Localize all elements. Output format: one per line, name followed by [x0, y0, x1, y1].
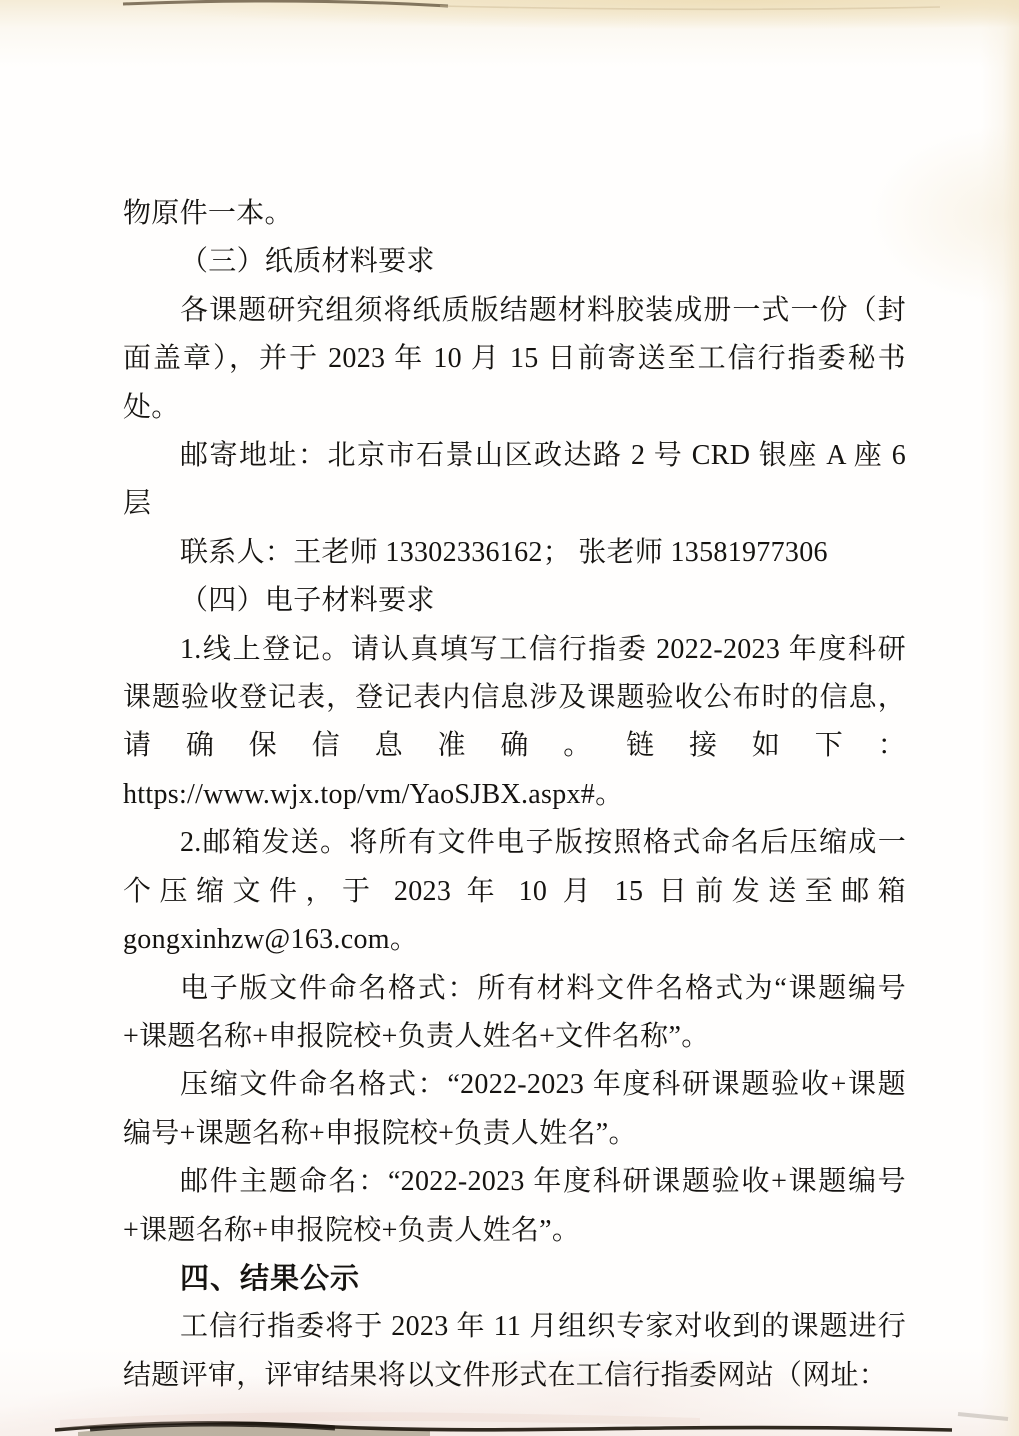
bottom-paper-edge-line — [55, 1423, 952, 1430]
bottom-pink-smear — [60, 1412, 700, 1428]
paragraph-paper-submission: 各课题研究组须将纸质版结题材料胶装成册一式一份（封面盖章），并于 2023 年 … — [123, 287, 906, 432]
line-mailing-address: 邮寄地址：北京市石景山区政达路 2 号 CRD 银座 A 座 6 层 — [123, 432, 906, 529]
paragraph-online-registration: 1.线上登记。请认真填写工信行指委 2022-2023 年度科研课题验收登记表，… — [123, 626, 906, 820]
bottom-right-smudge — [958, 1414, 1008, 1419]
paragraph-email-subject-naming: 邮件主题命名：“2022-2023 年度科研课题验收+课题编号+课题名称+申报院… — [123, 1158, 906, 1255]
section-heading-4-electronic-materials: （四）电子材料要求 — [123, 577, 906, 625]
top-paper-edge-faint — [440, 6, 940, 9]
line-contacts: 联系人：王老师 13302336162； 张老师 13581977306 — [123, 529, 906, 577]
paragraph-continuation: 物原件一本。 — [123, 190, 906, 238]
paragraph-file-naming-format: 电子版文件命名格式：所有材料文件名格式为“课题编号+课题名称+申报院校+负责人姓… — [123, 965, 906, 1062]
document-body: 物原件一本。 （三）纸质材料要求 各课题研究组须将纸质版结题材料胶装成册一式一份… — [123, 190, 906, 1400]
bottom-paper-edge-thick-left — [90, 1424, 335, 1429]
scanned-document-page: 物原件一本。 （三）纸质材料要求 各课题研究组须将纸质版结题材料胶装成册一式一份… — [0, 0, 1019, 1436]
section-heading-results-announcement: 四、结果公示 — [123, 1255, 906, 1303]
paragraph-zip-naming-format: 压缩文件命名格式：“2022-2023 年度科研课题验收+课题编号+课题名称+申… — [123, 1061, 906, 1158]
paragraph-email-submission: 2.邮箱发送。将所有文件电子版按照格式命名后压缩成一个压缩文件，于 2023 年… — [123, 819, 906, 964]
paragraph-results-review: 工信行指委将于 2023 年 11 月组织专家对收到的课题进行结题评审，评审结果… — [123, 1303, 906, 1400]
bottom-paper-edge-fill — [78, 1425, 430, 1436]
top-paper-edge-line — [123, 1, 448, 6]
section-heading-3-paper-materials: （三）纸质材料要求 — [123, 238, 906, 286]
